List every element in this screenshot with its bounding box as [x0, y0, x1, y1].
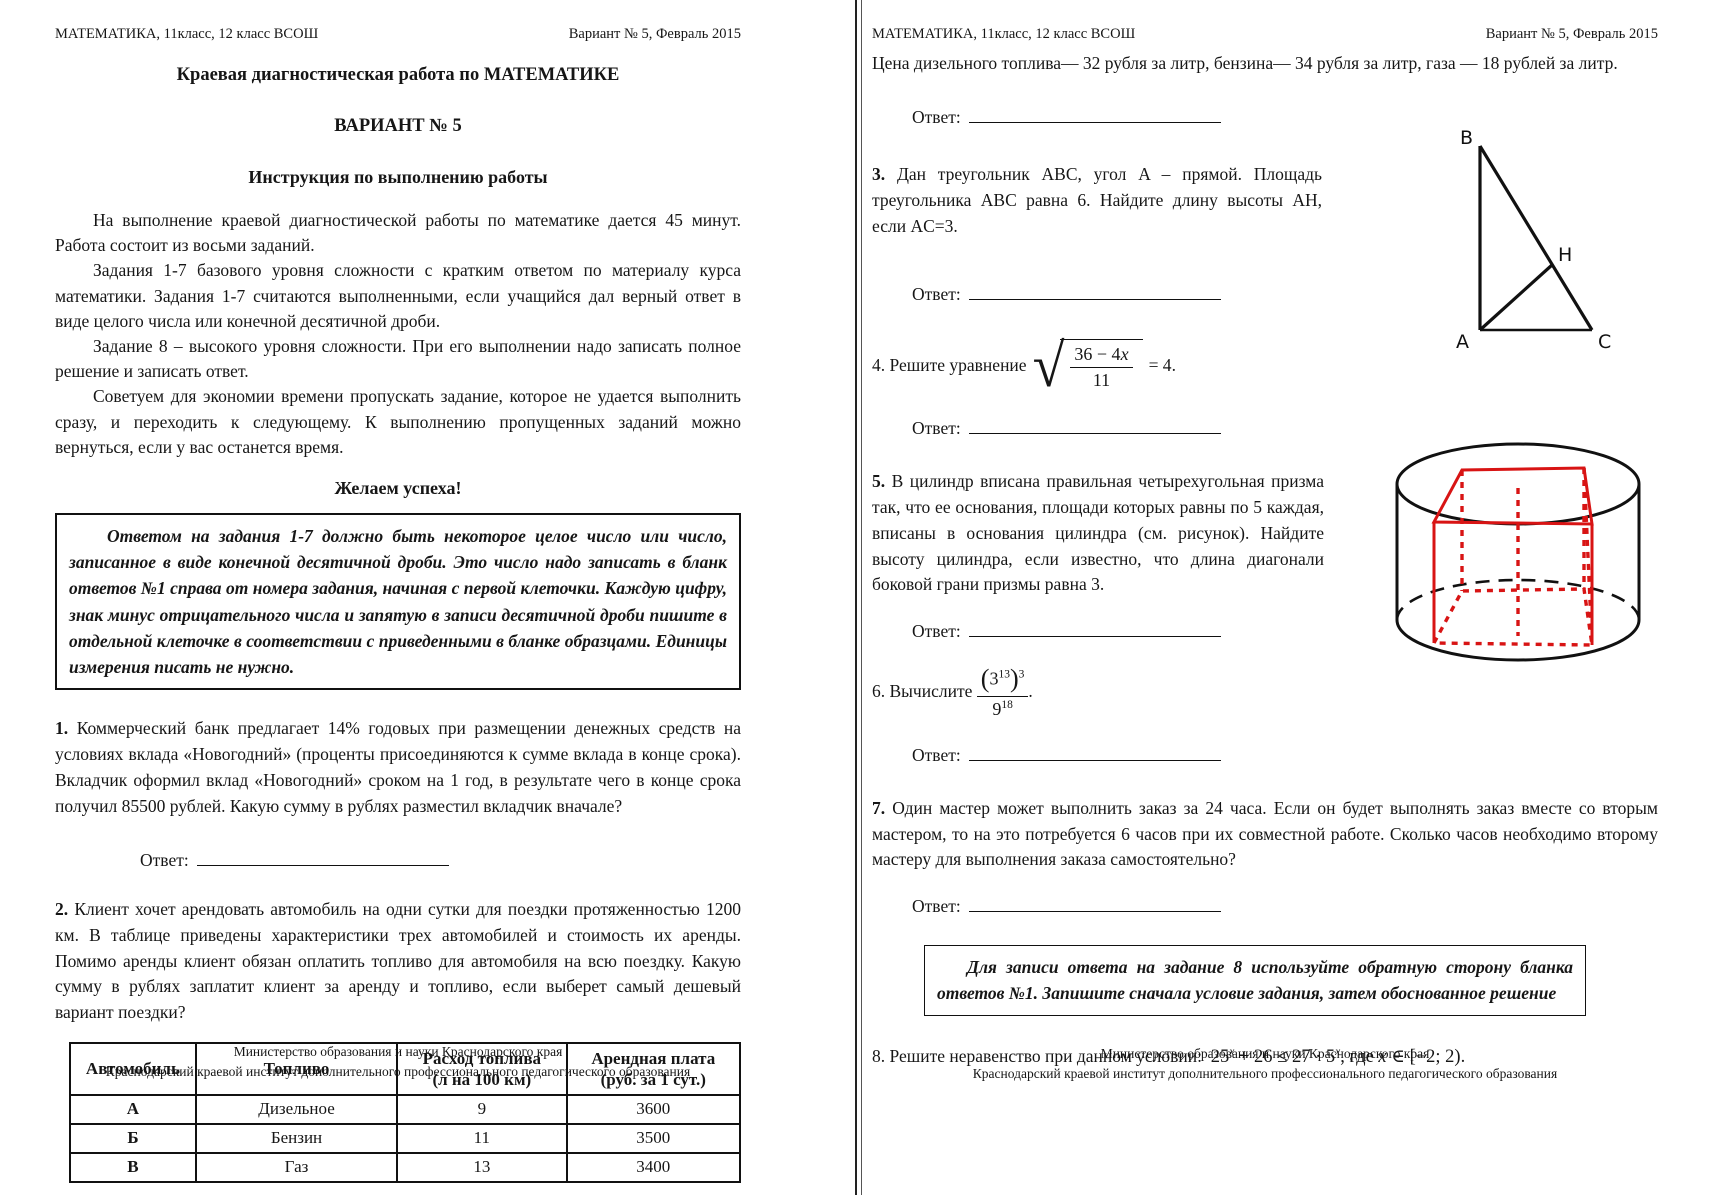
instruction-title: Инструкция по выполнению работы [55, 167, 741, 188]
task-5-number: 5. [872, 471, 885, 491]
answer-label: Ответ: [912, 284, 961, 304]
task-5-text: В цилиндр вписана правильная четырехугол… [872, 471, 1324, 594]
task-2-continuation: Цена дизельного топлива— 32 рубля за лит… [872, 51, 1658, 76]
answer-label: Ответ: [912, 107, 961, 127]
footer-line-2: Краснодарский краевой институт дополните… [872, 1064, 1658, 1084]
doc-title: Краевая диагностическая работа по МАТЕМА… [55, 65, 741, 86]
header-right: Вариант № 5, Февраль 2015 [569, 26, 741, 43]
task-7-text: Один мастер может выполнить заказ за 24 … [872, 798, 1658, 869]
variant-title: ВАРИАНТ № 5 [55, 116, 741, 137]
page-divider-line-thin [861, 0, 862, 1195]
good-luck-text: Желаем успеха! [55, 478, 741, 499]
footer-line-1: Министерство образования и науки Краснод… [55, 1042, 741, 1062]
task-3-text: Дан треугольник ABC, угол A – прямой. Пл… [872, 164, 1322, 235]
cell-consumption-a: 9 [397, 1095, 566, 1124]
eq4-variable: x [1121, 344, 1129, 364]
header-left: МАТЕМАТИКА, 11класс, 12 класс ВСОШ [872, 26, 1135, 43]
eq4-numerator: 36 − 4 [1074, 344, 1120, 364]
answer-line-6: Ответ: [912, 744, 1658, 766]
task-2-number: 2. [55, 899, 68, 919]
eq4-denominator: 11 [1070, 368, 1132, 391]
answer-format-notice: Ответом на задания 1-7 должно быть некот… [55, 513, 741, 691]
document-sheet: МАТЕМАТИКА, 11класс, 12 класс ВСОШ Вариа… [0, 0, 1712, 1195]
header-left: МАТЕМАТИКА, 11класс, 12 класс ВСОШ [55, 26, 318, 43]
eq6-tail: . [1028, 681, 1032, 702]
answer-label: Ответ: [912, 621, 961, 641]
task-6-number: 6. [872, 681, 885, 702]
task-4-label: Решите уравнение [890, 355, 1027, 376]
page-footer: Министерство образования и науки Краснод… [872, 1044, 1658, 1085]
task-2-text: Клиент хочет арендовать автомобиль на од… [55, 899, 741, 1022]
task-1-number: 1. [55, 718, 68, 738]
cell-consumption-b: 11 [397, 1124, 566, 1153]
vertex-label-a: A [1456, 331, 1469, 353]
cell-consumption-v: 13 [397, 1153, 566, 1182]
task-7-number: 7. [872, 798, 885, 818]
cell-car-b: Б [70, 1124, 196, 1153]
task-3-number: 3. [872, 164, 885, 184]
answer-label: Ответ: [912, 896, 961, 916]
vertex-label-b: B [1460, 127, 1473, 149]
table-row: В Газ 13 3400 [70, 1153, 740, 1182]
task-4-number: 4. [872, 355, 885, 376]
cell-fuel-v: Газ [196, 1153, 397, 1182]
answer-blank [969, 620, 1221, 637]
task-2: 2. Клиент хочет арендовать автомобиль на… [55, 897, 741, 1026]
vertex-label-c: C [1598, 331, 1611, 353]
cell-fuel-b: Бензин [196, 1124, 397, 1153]
task-4-equation: √36 − 4x11 [1033, 339, 1143, 391]
page-header: МАТЕМАТИКА, 11класс, 12 класс ВСОШ Вариа… [872, 26, 1658, 43]
answer-line-7: Ответ: [912, 895, 1658, 917]
answer-blank [197, 849, 449, 866]
paren-close: ) [1010, 664, 1019, 693]
page-divider-line [855, 0, 857, 1195]
vertex-label-h: H [1558, 244, 1572, 266]
task-1-text: Коммерческий банк предлагает 14% годовых… [55, 718, 741, 815]
page-footer: Министерство образования и науки Краснод… [55, 1042, 741, 1083]
instruction-paragraph-1: На выполнение краевой диагностической ра… [55, 208, 741, 258]
cell-car-a: А [70, 1095, 196, 1124]
page-header: МАТЕМАТИКА, 11класс, 12 класс ВСОШ Вариа… [55, 26, 741, 43]
task-8-notice: Для записи ответа на задание 8 используй… [924, 945, 1586, 1016]
header-right: Вариант № 5, Февраль 2015 [1486, 26, 1658, 43]
answer-line-4: Ответ: [912, 417, 1658, 439]
cylinder-with-prism-figure [1388, 438, 1648, 675]
task-1: 1. Коммерческий банк предлагает 14% годо… [55, 716, 741, 819]
frac-exp-inner: 13 [998, 668, 1010, 680]
eq4-tail: . [1172, 355, 1176, 376]
answer-label: Ответ: [140, 850, 189, 870]
task-6-fraction: (313)3 918 [977, 664, 1029, 720]
cell-rent-a: 3600 [567, 1095, 740, 1124]
instruction-paragraph-4: Советуем для экономии времени пропускать… [55, 384, 741, 460]
cell-car-v: В [70, 1153, 196, 1182]
task-6-label: Вычислите [890, 681, 973, 702]
task-5: 5. В цилиндр вписана правильная четыреху… [872, 469, 1324, 598]
answer-blank [969, 744, 1221, 761]
page-1: МАТЕМАТИКА, 11класс, 12 класс ВСОШ Вариа… [55, 0, 741, 1183]
page-2: МАТЕМАТИКА, 11класс, 12 класс ВСОШ Вариа… [872, 0, 1658, 1068]
frac-den-exp: 18 [1001, 699, 1013, 711]
frac-den-base: 9 [992, 699, 1001, 719]
cell-rent-v: 3400 [567, 1153, 740, 1182]
answer-line-1: Ответ: [140, 849, 741, 871]
answer-label: Ответ: [912, 418, 961, 438]
table-row: Б Бензин 11 3500 [70, 1124, 740, 1153]
radical-sign: √ [1033, 339, 1065, 391]
footer-line-2: Краснодарский краевой институт дополните… [55, 1062, 741, 1082]
footer-line-1: Министерство образования и науки Краснод… [872, 1044, 1658, 1064]
instruction-paragraph-3: Задание 8 – высокого уровня сложности. П… [55, 334, 741, 384]
answer-blank [969, 895, 1221, 912]
answer-blank [969, 106, 1221, 123]
cell-rent-b: 3500 [567, 1124, 740, 1153]
answer-blank [969, 283, 1221, 300]
answer-blank [969, 417, 1221, 434]
cell-fuel-a: Дизельное [196, 1095, 397, 1124]
eq4-rhs: = 4 [1149, 355, 1172, 376]
table-row: А Дизельное 9 3600 [70, 1095, 740, 1124]
answer-label: Ответ: [912, 745, 961, 765]
instruction-paragraph-2: Задания 1-7 базового уровня сложности с … [55, 258, 741, 334]
frac-exp-outer: 3 [1019, 668, 1025, 680]
triangle-figure: B A C H [1448, 118, 1648, 363]
task-7: 7. Один мастер может выполнить заказ за … [872, 796, 1658, 873]
task-3: 3. Дан треугольник ABC, угол A – прямой.… [872, 162, 1322, 239]
